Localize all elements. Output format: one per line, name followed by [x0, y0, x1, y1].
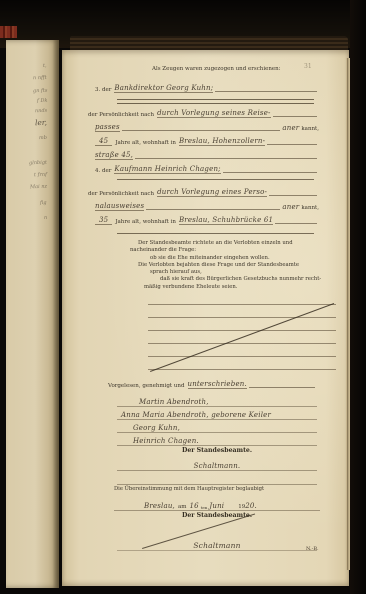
year-handwriting: 20.	[245, 502, 257, 510]
handwriting-fragment: gn fts	[32, 88, 47, 95]
signature-line: Anna Maria Abendroth, geborene Keiler	[117, 407, 317, 420]
witness3-id-handwriting-2: passes	[95, 123, 120, 132]
rule-filler	[267, 143, 317, 145]
witness4-id-handwriting-2: nalausweises	[95, 202, 144, 211]
handwriting-fragment: f Dk	[36, 98, 47, 104]
ten-printed: ten	[201, 506, 208, 510]
witness3-id-line-1: der Persönlichkeit nach durch Vorlegung …	[88, 109, 319, 118]
declaration-line: daß sie kraft des Bürgerlichen Gesetzbuc…	[130, 276, 322, 283]
rule-filler	[269, 194, 317, 196]
signature-line: Georg Kuhn,	[117, 420, 317, 433]
witness3-age-line: 45 Jahre alt, wohnhaft in Breslau, Hohen…	[95, 137, 319, 146]
red-binding-tab	[0, 26, 17, 38]
signature-line: Martin Abendroth,	[117, 394, 317, 407]
witness4-id-line-2: nalausweises aner kannt,	[95, 202, 319, 211]
registrar-title: Der Standesbeamte.	[117, 447, 317, 454]
blank-rule	[148, 330, 336, 331]
declaration-line: mäßig verbundene Eheleute seien.	[130, 284, 322, 291]
witness3-aner-handwriting: aner	[282, 124, 299, 132]
witness4-id-printed: der Persönlichkeit nach	[88, 191, 154, 197]
signature-line: Heinrich Chagen.	[117, 433, 317, 446]
declaration-line: nacheinander die Frage:	[130, 247, 322, 254]
signature-martin-abendroth: Martin Abendroth,	[139, 398, 209, 406]
signature-anna-maria-abendroth: Anna Maria Abendroth, geborene Keiler	[121, 411, 271, 419]
handwriting-fragment: mb	[39, 135, 47, 141]
certification-line: Die Übereinstimmung mit dem Hauptregiste…	[114, 487, 264, 493]
rule-filler	[223, 171, 317, 173]
declaration-paragraph: Der Standesbeamte richtete an die Verlob…	[130, 240, 322, 291]
declaration-line: sprach hierauf aus,	[130, 269, 322, 276]
closing-printed: Vorgelesen, genehmigt und	[108, 383, 185, 389]
printers-mark: N.-B.	[306, 546, 319, 552]
single-rule	[117, 179, 314, 180]
handwriting-fragment: fig	[40, 200, 47, 206]
handwriting-fragment: t frnf	[34, 172, 47, 178]
witness4-id-handwriting-1: durch Vorlegung eines Perso-	[157, 188, 267, 197]
registrar-signature-line: Schaltmann.	[117, 458, 317, 471]
registrar-signature: Schaltmann.	[194, 462, 241, 470]
handwriting-fragment: glnbigt	[29, 160, 47, 167]
handwriting-fragment: nnds	[35, 108, 47, 114]
witness3-name-handwriting: Bankdirektor Georg Kuhn;	[114, 84, 213, 93]
signature-georg-kuhn: Georg Kuhn,	[133, 424, 180, 432]
handwriting-fragment: ler,	[35, 118, 47, 127]
witness3-residence-handwriting-1: Breslau, Hohenzollern-	[179, 137, 265, 146]
witness3-id-line-2: passes aner kannt,	[95, 123, 319, 132]
rule-filler	[249, 386, 315, 388]
rule-filler	[215, 90, 317, 92]
witness3-residence-handwriting-2: straße 45,	[95, 151, 133, 160]
previous-page-edge: t, n nfft gn fts f Dk nnds ler, mb glnbi…	[6, 40, 59, 588]
declaration-line: Die Verlobten bejahten diese Frage und d…	[130, 262, 322, 269]
certification-text: Die Übereinstimmung mit dem Hauptregiste…	[114, 487, 264, 493]
witness3-residence-line-2: straße 45,	[95, 151, 319, 160]
witness4-kannt-printed: kannt,	[301, 205, 319, 211]
witness3-name-line: 3. der Bankdirektor Georg Kuhn;	[95, 84, 319, 93]
witnesses-header-text: Als Zeugen waren zugezogen und erschiene…	[152, 66, 281, 72]
certification-date-line: Breslau, am 16 ten Juni 19 20.	[114, 498, 320, 511]
witness3-kannt-printed: kannt,	[301, 126, 319, 132]
signature-heinrich-chagen: Heinrich Chagen.	[133, 437, 199, 445]
registrar-title-2: Der Standesbeamte.	[117, 512, 317, 519]
rule-filler	[135, 157, 317, 159]
witness4-aner-handwriting: aner	[282, 203, 299, 211]
rule-filler	[275, 222, 317, 224]
witness4-number: 4. der	[95, 168, 111, 174]
closing-handwriting: unterschrieben.	[188, 380, 247, 389]
blank-rule	[148, 356, 336, 357]
witness4-age-handwriting: 35	[95, 216, 112, 225]
handwriting-fragment: Mai nz	[30, 184, 47, 191]
declaration-line: ob sie die Ehe miteinander eingehen woll…	[130, 255, 322, 262]
month-handwriting: Juni	[209, 502, 224, 510]
declaration-line: Der Standesbeamte richtete an die Verlob…	[130, 240, 322, 247]
double-rule	[117, 99, 314, 104]
final-registrar-signature: Schaltmann	[193, 541, 240, 550]
struck-blank-section	[148, 300, 336, 375]
strike-through-line	[150, 303, 334, 372]
rule-filler	[146, 208, 280, 210]
witness4-residence-handwriting: Breslau, Schuhbrücke 61	[179, 216, 273, 225]
witness3-id-handwriting-1: durch Vorlegung seines Reise-	[157, 109, 271, 118]
blank-rule	[148, 304, 336, 305]
register-page: Als Zeugen waren zugezogen und erschiene…	[62, 50, 349, 586]
am-printed: am	[178, 504, 187, 510]
page-number: 31	[304, 63, 312, 70]
witnesses-header: Als Zeugen waren zugezogen und erschiene…	[152, 66, 281, 72]
witness4-name-handwriting: Kaufmann Heinrich Chagen;	[114, 165, 220, 174]
witness4-age-line: 35 Jahre alt, wohnhaft in Breslau, Schuh…	[95, 216, 319, 225]
closing-line: Vorgelesen, genehmigt und unterschrieben…	[108, 380, 317, 389]
final-signature-line: Schaltmann	[117, 538, 317, 551]
book-cover-right	[350, 0, 366, 594]
handwriting-fragment: n	[44, 215, 47, 221]
handwriting-fragment: n nfft	[33, 75, 47, 81]
witness4-name-line: 4. der Kaufmann Heinrich Chagen;	[95, 165, 319, 174]
blank-rule	[148, 369, 336, 370]
empty-rule-line	[117, 472, 317, 485]
day-handwriting: 16	[189, 502, 198, 510]
witness4-id-line-1: der Persönlichkeit nach durch Vorlegung …	[88, 188, 319, 197]
handwriting-fragment: t,	[43, 63, 47, 69]
witness3-number: 3. der	[95, 87, 111, 93]
witness3-age-printed: Jahre alt, wohnhaft in	[115, 140, 176, 146]
witness4-age-printed: Jahre alt, wohnhaft in	[115, 219, 176, 225]
single-rule	[117, 233, 314, 234]
place-handwriting: Breslau,	[144, 502, 175, 510]
rule-filler	[273, 115, 317, 117]
witness3-id-printed: der Persönlichkeit nach	[88, 112, 154, 118]
rule-filler	[122, 129, 281, 131]
blank-rule	[148, 343, 336, 344]
blank-rule	[148, 317, 336, 318]
witness3-age-handwriting: 45	[95, 137, 112, 146]
